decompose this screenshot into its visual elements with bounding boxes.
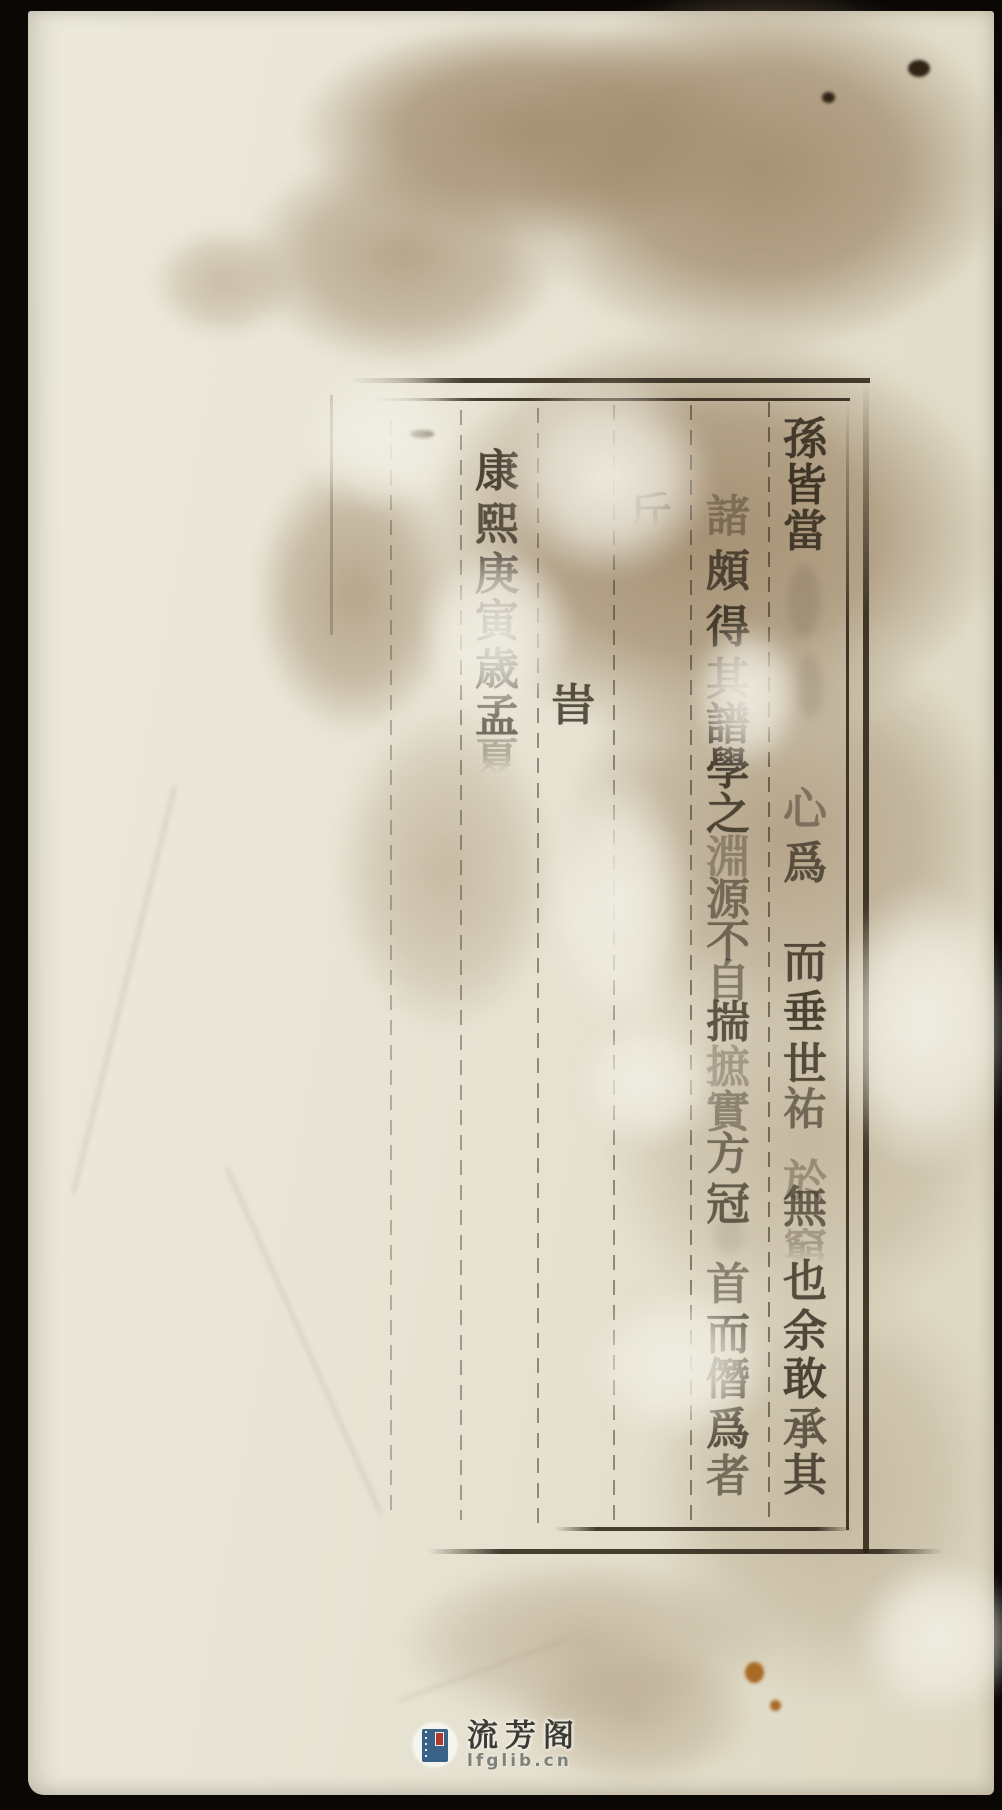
- watermark-brand: 流芳阁: [467, 1720, 581, 1753]
- paper-damage-patch: [690, 620, 805, 770]
- ink-smudge: [714, 1215, 744, 1255]
- paper-damage-patch: [575, 1015, 720, 1150]
- watermark-badge: [413, 1723, 457, 1767]
- paper-damage-patch: [545, 770, 695, 1035]
- dark-speck: [822, 92, 835, 103]
- paper-damage-patch: [420, 545, 575, 720]
- watermark-text: 流芳阁 lfglib.cn: [467, 1720, 581, 1770]
- watermark-domain: lfglib.cn: [467, 1753, 581, 1771]
- dark-speck: [908, 60, 930, 77]
- book-icon: [422, 1729, 448, 1762]
- frame-bottom-outer-line: [428, 1549, 943, 1554]
- frame-bottom-inner-line: [555, 1527, 852, 1531]
- rust-spot: [745, 1662, 764, 1683]
- paper-damage-patch: [500, 375, 715, 580]
- paper-damage-patch: [580, 1290, 775, 1440]
- scanned-genealogy-page: 孫皆當心爲而垂世祐於無窮也余敢承其諸頗得其譜學之淵源不自揣摭實方冠首而僭爲者斤旹…: [0, 0, 1002, 1810]
- paper-damage-patch: [300, 360, 465, 515]
- rust-spot: [770, 1700, 781, 1711]
- column-separator: [390, 420, 392, 1510]
- watermark: 流芳阁 lfglib.cn: [413, 1720, 581, 1770]
- ink-smudge: [788, 565, 820, 637]
